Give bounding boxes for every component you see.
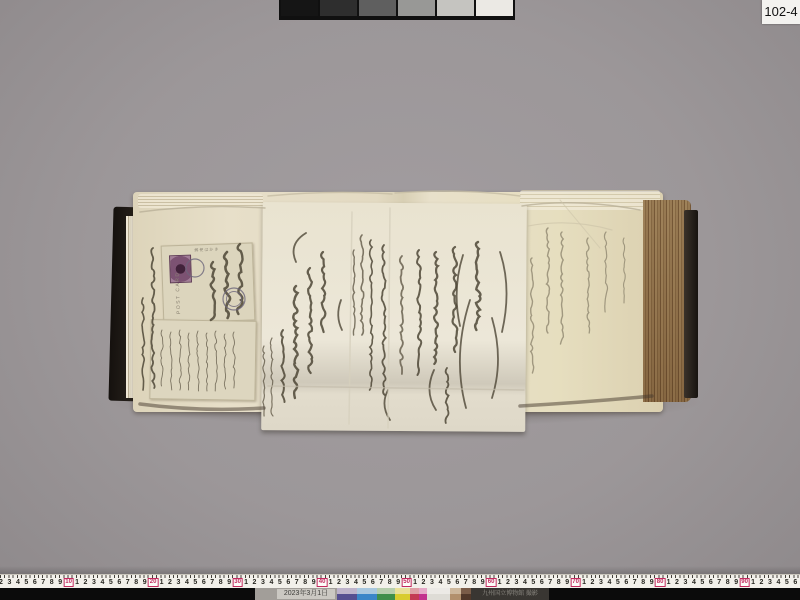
ruler: 2345678910123456789201234567893012345678… xyxy=(0,574,800,589)
ruler-number: 4 xyxy=(185,579,189,586)
ruler-number: 4 xyxy=(438,579,442,586)
ruler-number: 8 xyxy=(472,579,476,586)
ruler-number: 6 xyxy=(371,579,375,586)
object-number-label: 102-4 xyxy=(762,0,800,24)
museum-credit-label: 九州国立博物館 撮影 xyxy=(471,588,549,600)
color-patch-red xyxy=(410,588,419,600)
ruler-number: 3 xyxy=(261,579,265,586)
ruler-number: 6 xyxy=(793,579,797,586)
ruler-number: 9 xyxy=(143,579,147,586)
ruler-ten-mark: 70 xyxy=(570,578,581,587)
color-patch-blue xyxy=(357,588,377,600)
ruler-number: 5 xyxy=(616,579,620,586)
grayscale-patch xyxy=(281,0,318,16)
loose-folded-sheet xyxy=(261,202,527,432)
grayscale-calibration-bar xyxy=(279,0,515,20)
ruler-number: 7 xyxy=(295,579,299,586)
ruler-number: 8 xyxy=(219,579,223,586)
ruler-number: 3 xyxy=(345,579,349,586)
color-patch-white xyxy=(427,588,450,600)
ruler-number: 4 xyxy=(523,579,527,586)
ruler-number: 7 xyxy=(633,579,637,586)
color-patch-purple xyxy=(337,588,357,600)
footer-strip: 2023年3月1日 九州国立博物館 撮影 xyxy=(0,588,800,600)
ruler-number: 2 xyxy=(675,579,679,586)
ruler-ten-mark: 90 xyxy=(739,578,750,587)
ruler-number: 3 xyxy=(514,579,518,586)
date-label: 2023年3月1日 xyxy=(277,589,335,599)
ruler-number: 2 xyxy=(506,579,510,586)
ruler-number: 5 xyxy=(278,579,282,586)
right-page-top-edge xyxy=(520,190,660,210)
ruler-number: 9 xyxy=(650,579,654,586)
ruler-number: 8 xyxy=(641,579,645,586)
ruler-number: 1 xyxy=(413,579,417,586)
ruler-number: 5 xyxy=(193,579,197,586)
ruler-number: 5 xyxy=(531,579,535,586)
ruler-number: 3 xyxy=(599,579,603,586)
ruler-number: 2 xyxy=(168,579,172,586)
ruler-number: 5 xyxy=(24,579,28,586)
ruler-number: 9 xyxy=(734,579,738,586)
postcard-message-side xyxy=(149,319,256,401)
ruler-ten-mark: 40 xyxy=(317,578,328,587)
ruler-number: 1 xyxy=(582,579,586,586)
ruler-number: 2 xyxy=(422,579,426,586)
ruler-number: 2 xyxy=(253,579,257,586)
ruler-number: 1 xyxy=(667,579,671,586)
ruler-number: 6 xyxy=(202,579,206,586)
ruler-number: 8 xyxy=(557,579,561,586)
ruler-number: 7 xyxy=(548,579,552,586)
ruler-number: 1 xyxy=(329,579,333,586)
ruler-number: 4 xyxy=(692,579,696,586)
ruler-number: 2 xyxy=(84,579,88,586)
ruler-number: 4 xyxy=(100,579,104,586)
ruler-number: 1 xyxy=(75,579,79,586)
ruler-number: 4 xyxy=(607,579,611,586)
ruler-number: 8 xyxy=(134,579,138,586)
ruler-number: 3 xyxy=(430,579,434,586)
ruler-number: 6 xyxy=(286,579,290,586)
color-patch-magenta xyxy=(419,588,427,600)
ruler-number: 4 xyxy=(354,579,358,586)
ruler-number: 6 xyxy=(455,579,459,586)
ruler-number: 2 xyxy=(760,579,764,586)
ruler-number: 7 xyxy=(41,579,45,586)
ruler-number: 6 xyxy=(709,579,713,586)
grayscale-patch xyxy=(437,0,474,16)
ruler-number: 6 xyxy=(33,579,37,586)
ruler-number: 9 xyxy=(396,579,400,586)
ruler-number: 6 xyxy=(540,579,544,586)
ruler-number: 9 xyxy=(312,579,316,586)
ruler-number: 7 xyxy=(210,579,214,586)
left-page-top-edge xyxy=(138,194,263,208)
ruler-number: 9 xyxy=(565,579,569,586)
ruler-number: 3 xyxy=(683,579,687,586)
color-patch-green xyxy=(377,588,395,600)
ruler-number: 1 xyxy=(751,579,755,586)
footer-gray-zone: 2023年3月1日 xyxy=(255,588,337,600)
grayscale-patch xyxy=(398,0,435,16)
postcard-address-side: 郵便はかき POST CARD xyxy=(161,242,256,323)
ruler-ten-mark: 80 xyxy=(655,578,666,587)
ruler-number: 2 xyxy=(0,579,3,586)
ruler-number: 3 xyxy=(176,579,180,586)
color-patch-brown xyxy=(461,588,471,600)
grayscale-patch xyxy=(320,0,357,16)
ruler-ten-mark: 30 xyxy=(232,578,243,587)
ruler-number: 1 xyxy=(244,579,248,586)
grayscale-patch xyxy=(476,0,513,16)
ruler-number: 6 xyxy=(624,579,628,586)
photo-stage: 102-4 郵便はかき POST CARD 234567891012345678… xyxy=(0,0,800,600)
ruler-number: 2 xyxy=(337,579,341,586)
ruler-ten-mark: 10 xyxy=(63,578,74,587)
ruler-number: 9 xyxy=(227,579,231,586)
ruler-ten-mark: 50 xyxy=(401,578,412,587)
ruler-number: 8 xyxy=(726,579,730,586)
ruler-number: 7 xyxy=(126,579,130,586)
ruler-number: 7 xyxy=(464,579,468,586)
ruler-number: 4 xyxy=(269,579,273,586)
ruler-ten-mark: 20 xyxy=(148,578,159,587)
ruler-number: 5 xyxy=(447,579,451,586)
color-patch-yellow xyxy=(395,588,410,600)
ruler-number: 6 xyxy=(117,579,121,586)
ruler-number: 3 xyxy=(92,579,96,586)
ruler-number: 1 xyxy=(160,579,164,586)
postcard-header: 郵便はかき xyxy=(162,245,252,254)
color-patch-tan xyxy=(450,588,461,600)
ruler-number: 9 xyxy=(58,579,62,586)
ruler-ticks xyxy=(0,575,800,578)
ruler-ten-mark: 60 xyxy=(486,578,497,587)
ruler-number: 3 xyxy=(768,579,772,586)
ruler-number: 8 xyxy=(303,579,307,586)
ruler-number: 5 xyxy=(700,579,704,586)
ruler-number: 8 xyxy=(388,579,392,586)
table-edge-shadow xyxy=(0,566,800,574)
ruler-number: 2 xyxy=(591,579,595,586)
ruler-number: 5 xyxy=(785,579,789,586)
ruler-number: 8 xyxy=(50,579,54,586)
grayscale-patch xyxy=(359,0,396,16)
ruler-number: 7 xyxy=(717,579,721,586)
ruler-number: 5 xyxy=(362,579,366,586)
ruler-number: 5 xyxy=(109,579,113,586)
book-right-cover xyxy=(684,210,698,398)
ruler-number: 4 xyxy=(16,579,20,586)
color-calibration-patches xyxy=(337,588,471,600)
ruler-number: 3 xyxy=(7,579,11,586)
ruler-number: 9 xyxy=(481,579,485,586)
ruler-number: 7 xyxy=(379,579,383,586)
ruler-number: 1 xyxy=(498,579,502,586)
ruler-number: 4 xyxy=(776,579,780,586)
